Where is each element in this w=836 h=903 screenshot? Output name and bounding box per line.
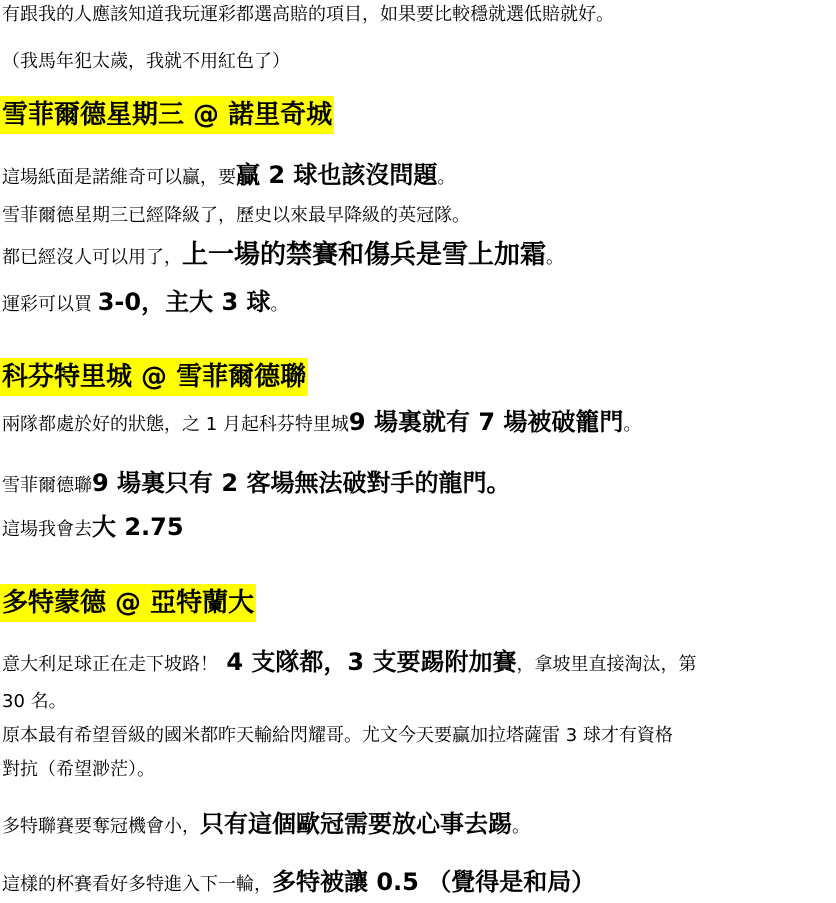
text: ，拿坡里直接淘汰，第 xyxy=(516,654,696,675)
emphasis-text: 9 場裏就有 7 場被破籠門 xyxy=(349,408,623,436)
emphasis-text: 大 2.75 xyxy=(92,513,184,541)
section-3-paragraph-1-wrap: 30 名。 xyxy=(2,690,67,714)
text: 多特聯賽要奪冠機會小， xyxy=(2,816,200,837)
emphasis-text: 3-0，主大 3 球 xyxy=(98,288,271,316)
text: 運彩可以買 xyxy=(2,294,98,315)
emphasis-text: 多特被讓 0.5 （覺得是和局） xyxy=(272,868,595,896)
section-2-paragraph-2: 雪菲爾德聯9 場裏只有 2 客場無法破對手的龍門。 xyxy=(2,471,510,498)
text: 。 xyxy=(512,816,530,837)
emphasis-text: 贏 2 球也該沒問題 xyxy=(236,161,437,189)
text: 這場我會去 xyxy=(2,519,92,540)
text: 兩隊都處於好的狀態，之 1 月起科芬特里城 xyxy=(2,414,349,435)
section-3-paragraph-2-line-2: 對抗（希望渺茫）。 xyxy=(2,758,155,782)
section-1-paragraph-3: 都已經沒人可以用了，上一場的禁賽和傷兵是雪上加霜。 xyxy=(2,243,564,270)
text: 。 xyxy=(437,167,455,188)
section-heading-1: 雪菲爾德星期三 @ 諾里奇城 xyxy=(0,96,334,134)
text: 都已經沒人可以用了， xyxy=(2,247,182,268)
text: 。 xyxy=(546,247,564,268)
emphasis-text: 4 支隊都，3 支要踢附加賽 xyxy=(218,648,516,676)
intro-line-2: （我馬年犯太歲，我就不用紅色了） xyxy=(2,50,290,74)
section-heading-3: 多特蒙德 @ 亞特蘭大 xyxy=(0,584,256,622)
text: 。 xyxy=(623,414,641,435)
intro-line-1: 有跟我的人應該知道我玩運彩都選高賠的項目，如果要比較穩就選低賠就好。 xyxy=(2,3,614,27)
section-3-paragraph-2-line-1: 原本最有希望晉級的國米都昨天輸給閃耀哥。尤文今天要贏加拉塔薩雷 3 球才有資格 xyxy=(2,724,673,748)
section-3-paragraph-4: 這樣的杯賽看好多特進入下一輪，多特被讓 0.5 （覺得是和局） xyxy=(2,870,595,897)
emphasis-text: 只有這個歐冠需要放心事去踢 xyxy=(200,810,512,838)
section-1-paragraph-2: 雪菲爾德星期三已經降級了，歷史以來最早降級的英冠隊。 xyxy=(2,204,470,228)
text: 這場紙面是諾維奇可以贏，要 xyxy=(2,167,236,188)
section-1-paragraph-4: 運彩可以買 3-0，主大 3 球。 xyxy=(2,290,289,317)
section-3-paragraph-1: 意大利足球正在走下坡路！ 4 支隊都，3 支要踢附加賽，拿坡里直接淘汰，第 xyxy=(2,650,696,677)
section-heading-2: 科芬特里城 @ 雪菲爾德聯 xyxy=(0,358,308,396)
emphasis-text: 上一場的禁賽和傷兵是雪上加霜 xyxy=(182,240,546,270)
text: 意大利足球正在走下坡路！ xyxy=(2,654,218,675)
emphasis-text: 9 場裏只有 2 客場無法破對手的龍門。 xyxy=(92,469,510,497)
section-2-paragraph-3: 這場我會去大 2.75 xyxy=(2,515,184,542)
section-1-paragraph-1: 這場紙面是諾維奇可以贏，要贏 2 球也該沒問題。 xyxy=(2,163,455,190)
text: 這樣的杯賽看好多特進入下一輪， xyxy=(2,874,272,895)
section-2-paragraph-1: 兩隊都處於好的狀態，之 1 月起科芬特里城9 場裏就有 7 場被破籠門。 xyxy=(2,410,641,437)
section-3-paragraph-3: 多特聯賽要奪冠機會小，只有這個歐冠需要放心事去踢。 xyxy=(2,812,530,839)
text: 。 xyxy=(271,294,289,315)
text: 雪菲爾德聯 xyxy=(2,475,92,496)
